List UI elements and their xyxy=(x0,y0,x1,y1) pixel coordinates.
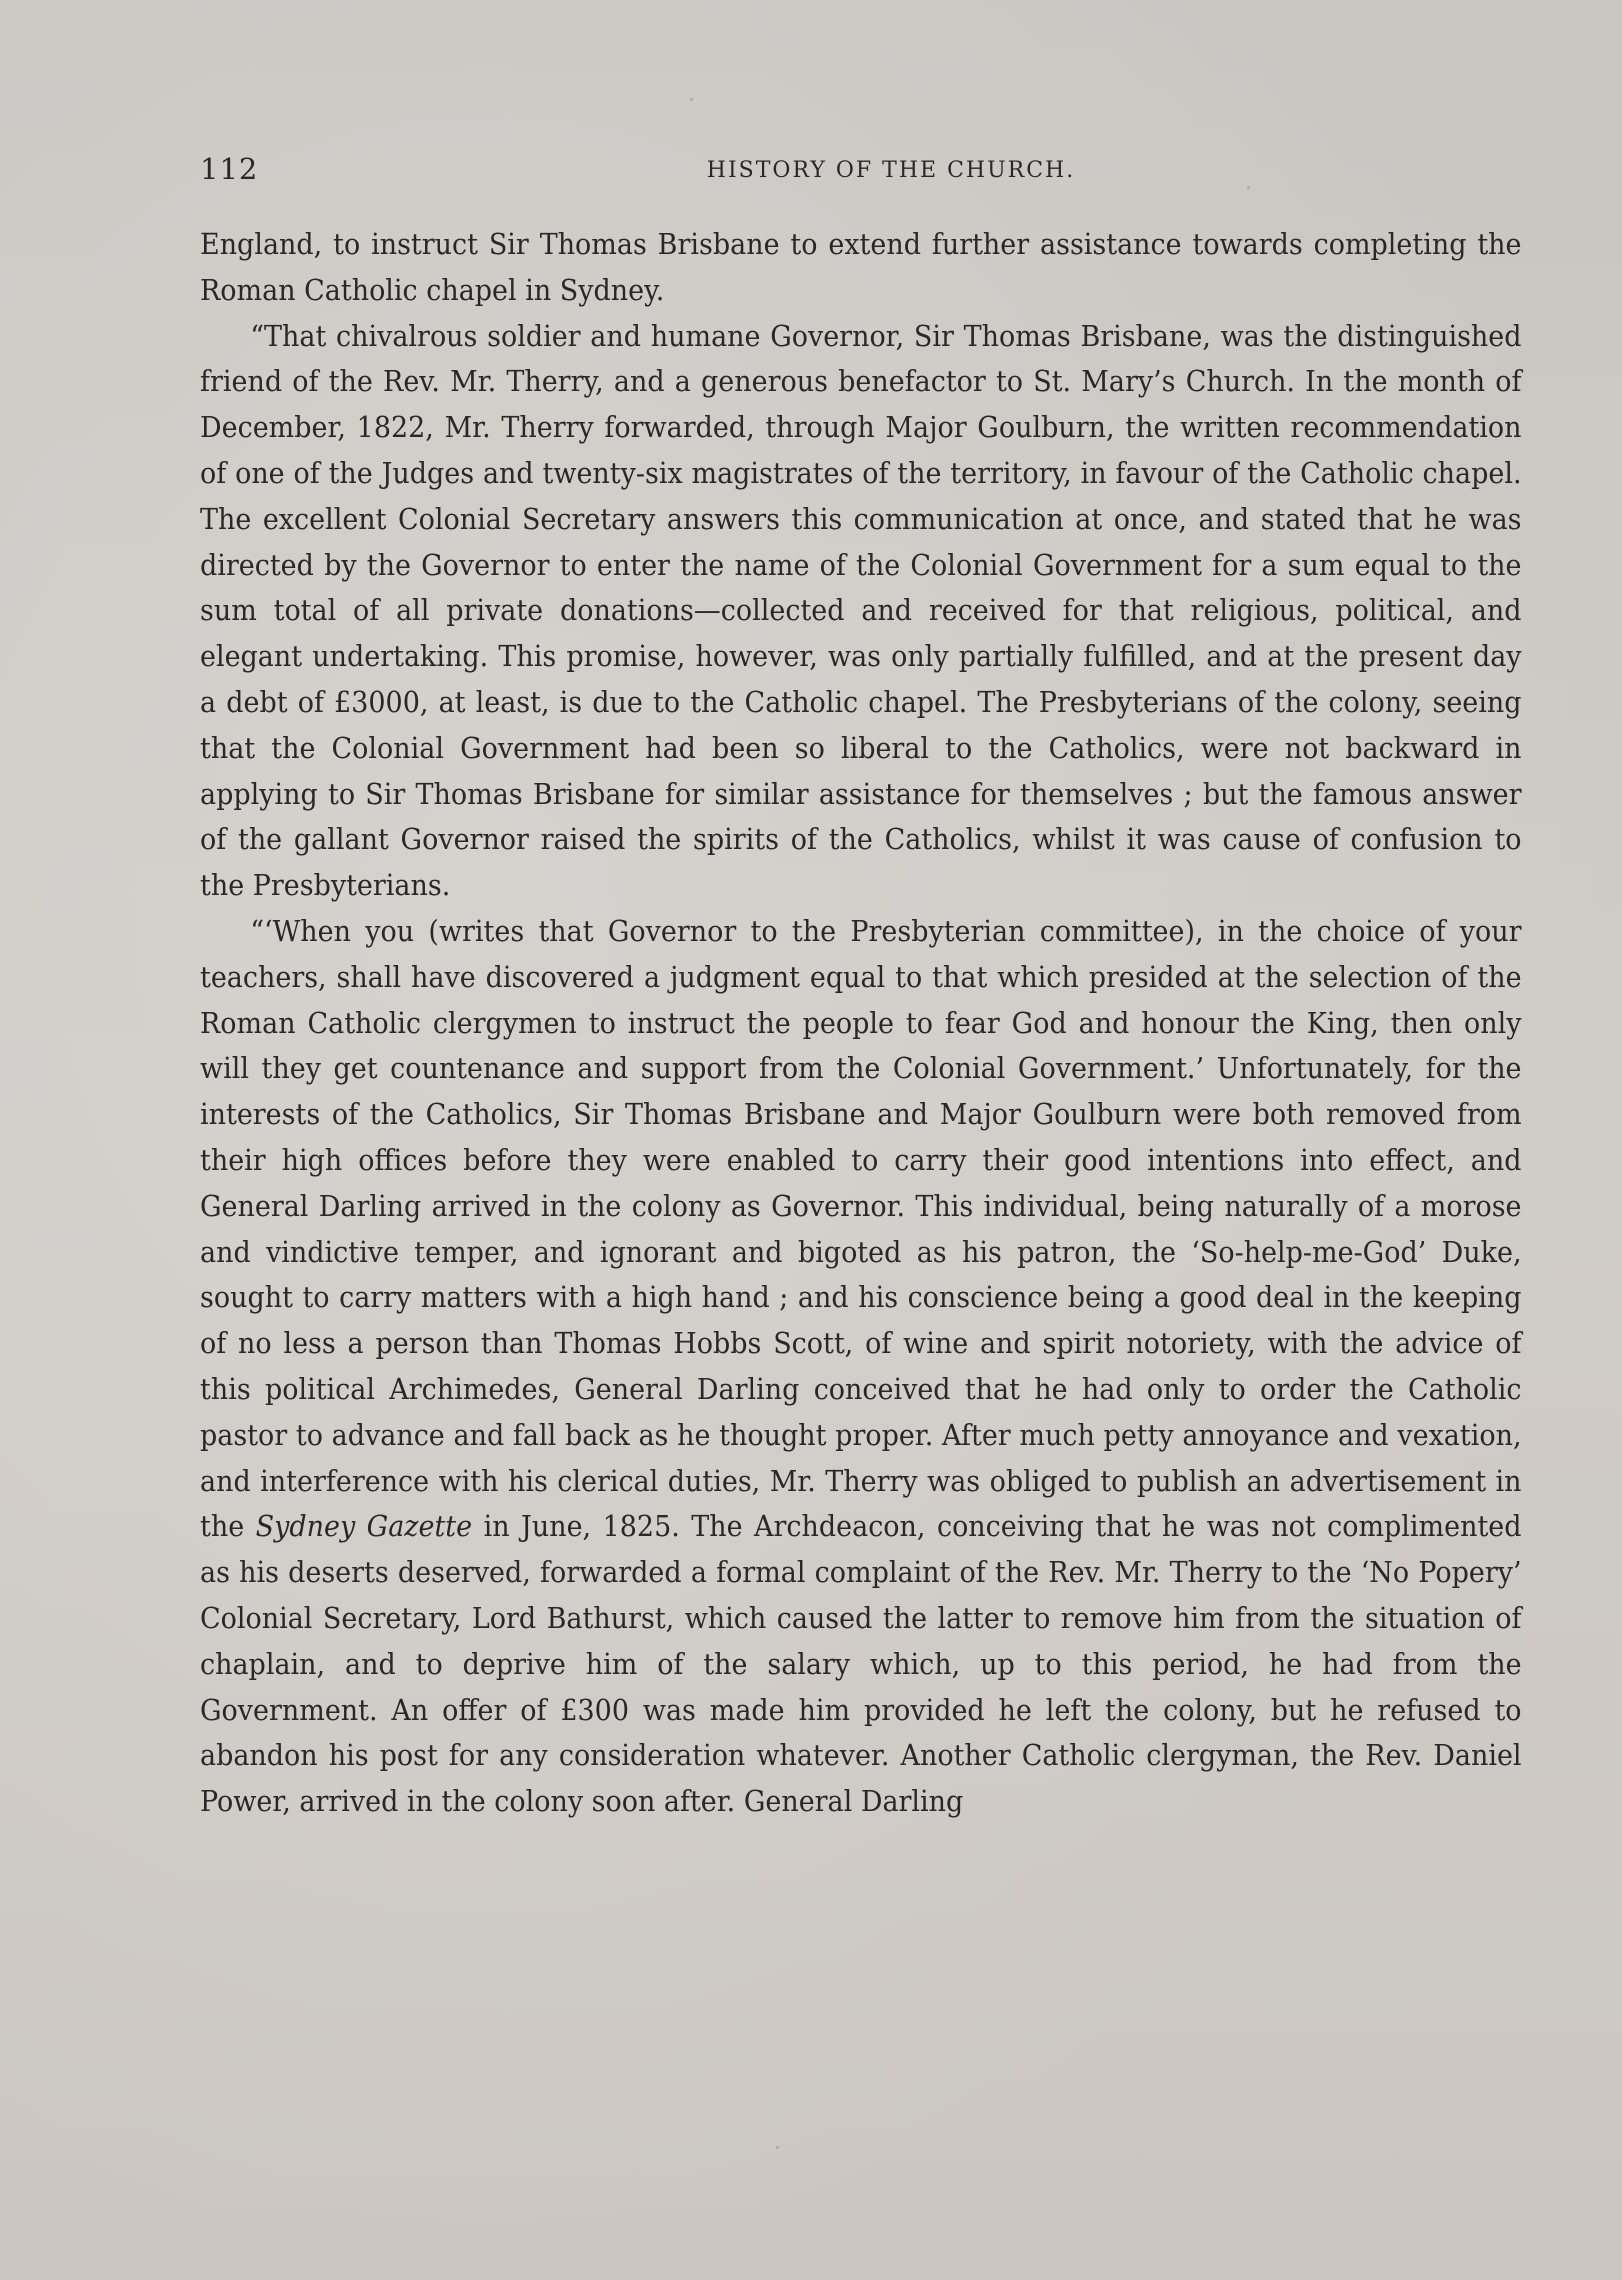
paper-speck xyxy=(690,98,693,101)
paragraph-text: “‘When you (writes that Governor to the … xyxy=(200,914,1522,1543)
paragraph-1: England, to instruct Sir Thomas Brisbane… xyxy=(200,222,1522,314)
paragraph-text: in June, 1825. The Archdeacon, conceivin… xyxy=(200,1509,1522,1818)
paper-speck xyxy=(776,2146,779,2149)
paragraph-2: “That chivalrous soldier and humane Gove… xyxy=(200,314,1522,909)
running-title: HISTORY OF THE CHURCH. xyxy=(200,158,1522,183)
book-page: 112 HISTORY OF THE CHURCH. England, to i… xyxy=(0,0,1622,2280)
body-text: England, to instruct Sir Thomas Brisbane… xyxy=(200,222,1522,1825)
paragraph-3: “‘When you (writes that Governor to the … xyxy=(200,909,1522,1825)
paragraph-text: England, to instruct Sir Thomas Brisbane… xyxy=(200,227,1522,307)
paragraph-text: “That chivalrous soldier and humane Gove… xyxy=(200,319,1522,903)
running-head: 112 HISTORY OF THE CHURCH. xyxy=(200,152,1522,192)
paper-speck xyxy=(1247,186,1250,189)
newspaper-title: Sydney Gazette xyxy=(256,1509,472,1543)
